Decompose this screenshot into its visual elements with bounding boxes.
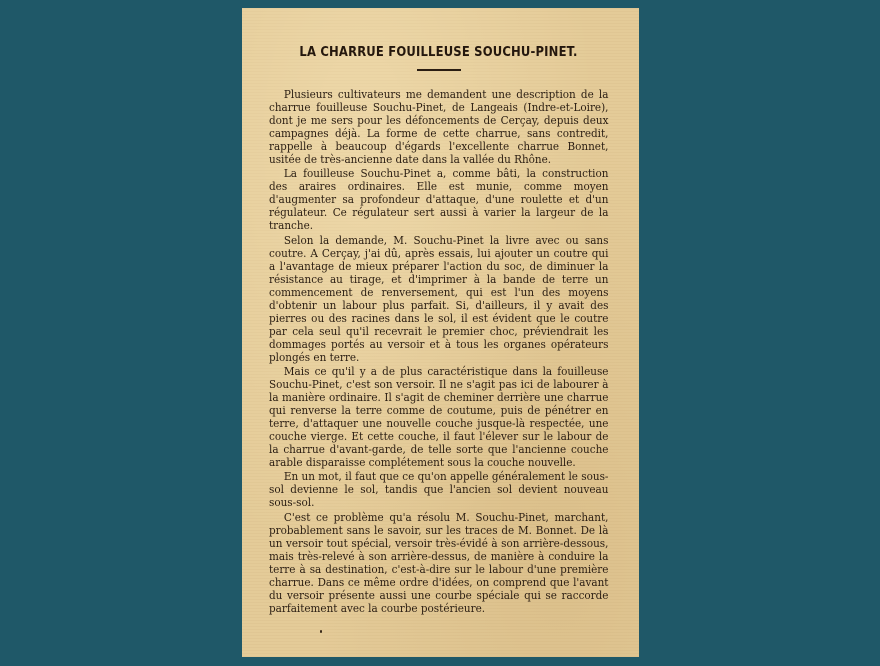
ink-speck: [320, 630, 322, 633]
paragraph-6: C'est ce problème qu'a résolu M. Souchu-…: [269, 511, 608, 615]
paragraph-3: Selon la demande, M. Souchu-Pinet la liv…: [269, 234, 608, 364]
scanned-page: LA CHARRUE FOUILLEUSE SOUCHU-PINET. Plus…: [242, 8, 639, 657]
paragraph-5: En un mot, il faut que ce qu'on appelle …: [269, 470, 608, 509]
title-divider: [417, 69, 461, 71]
paragraph-4: Mais ce qu'il y a de plus caractéristiqu…: [269, 365, 608, 469]
article-body: Plusieurs cultivateurs me demandent une …: [269, 88, 608, 615]
paragraph-1: Plusieurs cultivateurs me demandent une …: [269, 88, 608, 166]
paragraph-2: La fouilleuse Souchu-Pinet a, comme bâti…: [269, 167, 608, 232]
article-title: LA CHARRUE FOUILLEUSE SOUCHU-PINET.: [293, 44, 585, 60]
